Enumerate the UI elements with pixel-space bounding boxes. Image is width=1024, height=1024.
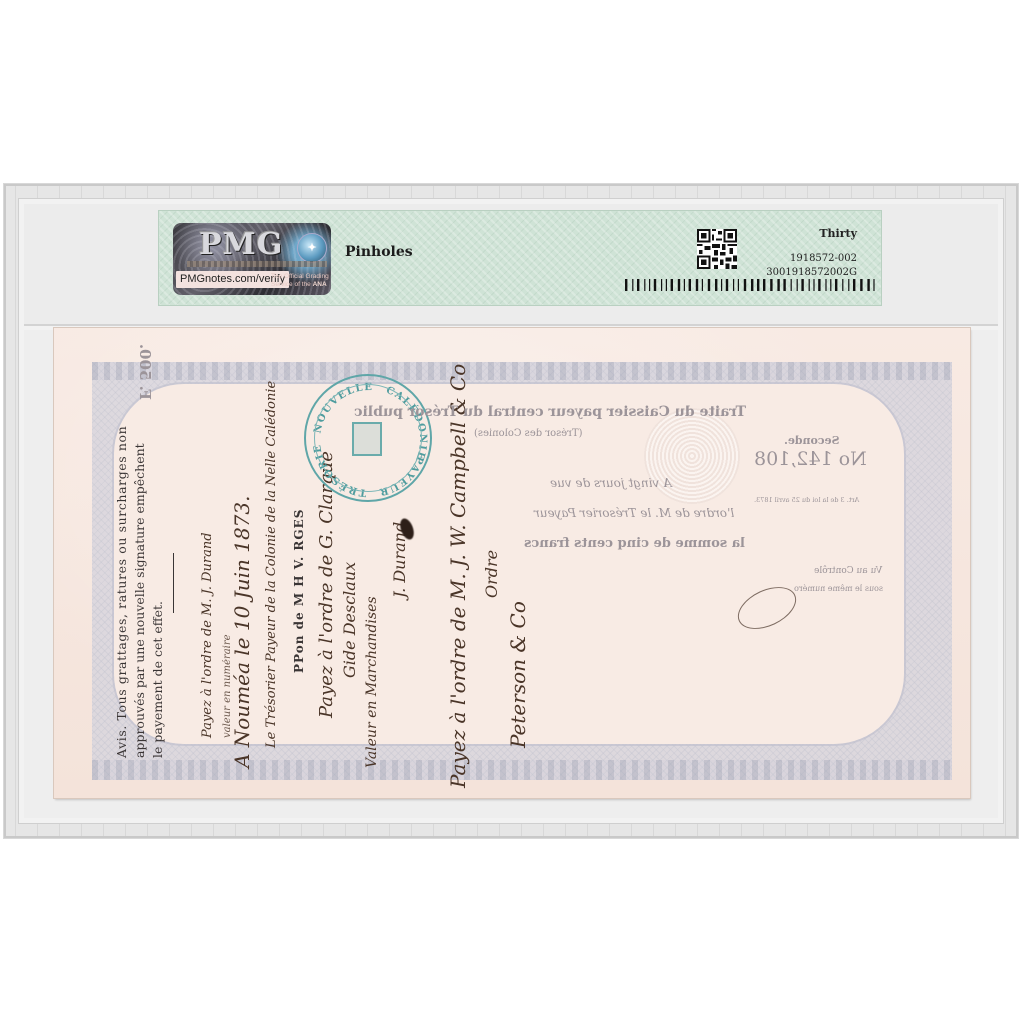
warning-line-3: le payement de cet effet. (150, 601, 165, 758)
procuration-line: PPon de M H V. RGES (292, 509, 306, 673)
mirrored-visa-label: Vu au Contrôle (814, 566, 882, 576)
mirrored-series-label: Seconde. (784, 434, 840, 447)
pmg-logo: PMG (199, 227, 283, 262)
affiliation-line2: Service of the (271, 281, 311, 288)
mirrored-amount: F. 500. (136, 344, 154, 400)
mirrored-subtitle: (Trésor des Colonies) (474, 428, 583, 439)
treasurer-line: Le Trésorier Payeur de la Colonie de la … (264, 381, 279, 748)
mirrored-sum-line: la somme de cinq cents francs (524, 536, 745, 551)
warning-line-2: approuvés par une nouvelle signature emp… (132, 443, 147, 758)
barcode-number: 3001918572002G (766, 267, 857, 278)
grade-text: Thirty (819, 227, 857, 240)
warning-line-1: Avis. Tous grattages, ratures ou surchar… (114, 426, 129, 758)
svg-text:TRÉSORIER: TRÉSORIER (306, 376, 367, 498)
mirrored-serial-number: No 142,108 (754, 448, 867, 470)
svg-text:CALÉDONIE: CALÉDONIE (384, 385, 428, 462)
affiliation-line1: The Official Grading (271, 273, 329, 280)
endorsement-7: Peterson & Co (506, 601, 530, 748)
divider-line (173, 553, 174, 613)
endorsement-2: Gide Desclaux (340, 562, 359, 678)
stamp-text: NOUVELLE CALÉDONIE PAYEUR TRÉSORIER (306, 376, 434, 504)
endorsement-5: Payez à l'ordre de M. J. W. Campbell & C… (446, 364, 470, 788)
globe-icon: ✦ (297, 233, 327, 263)
payee-line: Payez à l'ordre de M. J. Durand (200, 532, 215, 738)
treasury-stamp: NOUVELLE CALÉDONIE PAYEUR TRÉSORIER (304, 374, 432, 502)
mirrored-visa-line2: sous le même numéro (794, 584, 883, 593)
mirrored-instruction: A vingt jours de vue (550, 476, 672, 490)
affiliation-text: The Official Grading Service of the ANA (271, 273, 329, 289)
svg-text:PAYEUR: PAYEUR (377, 454, 425, 497)
stamp-center-mark (352, 422, 382, 456)
endorsement-6: Ordre (482, 550, 501, 598)
mirrored-small-print: Art. 3 de la loi du 25 avril 1873. (754, 496, 859, 504)
grading-label: PMG ✦ PMGnotes.com/verify The Official G… (158, 210, 882, 306)
banknote-reverse: Avis. Tous grattages, ratures ou surchar… (54, 328, 970, 798)
frame-border-top (92, 362, 952, 380)
qr-code-icon[interactable] (697, 229, 737, 269)
certification-number: 1918572-002 (790, 253, 857, 264)
label-comment: Pinholes (345, 244, 413, 260)
pmg-hologram: PMG ✦ PMGnotes.com/verify The Official G… (173, 223, 331, 295)
affiliation-org: ANA (313, 281, 327, 288)
mirrored-title: Traite du Caissier payeur central du Tré… (354, 404, 746, 420)
hologram-strip (187, 261, 327, 267)
endorsement-3: Valeur en Marchandises (364, 596, 380, 768)
frame-border-bottom (92, 760, 952, 780)
barcode (625, 279, 878, 291)
place-date: A Nouméa le 10 Juin 1873. (230, 496, 254, 769)
mirrored-order-line: l'ordre de M. le Trésorier Payeur (534, 506, 734, 520)
